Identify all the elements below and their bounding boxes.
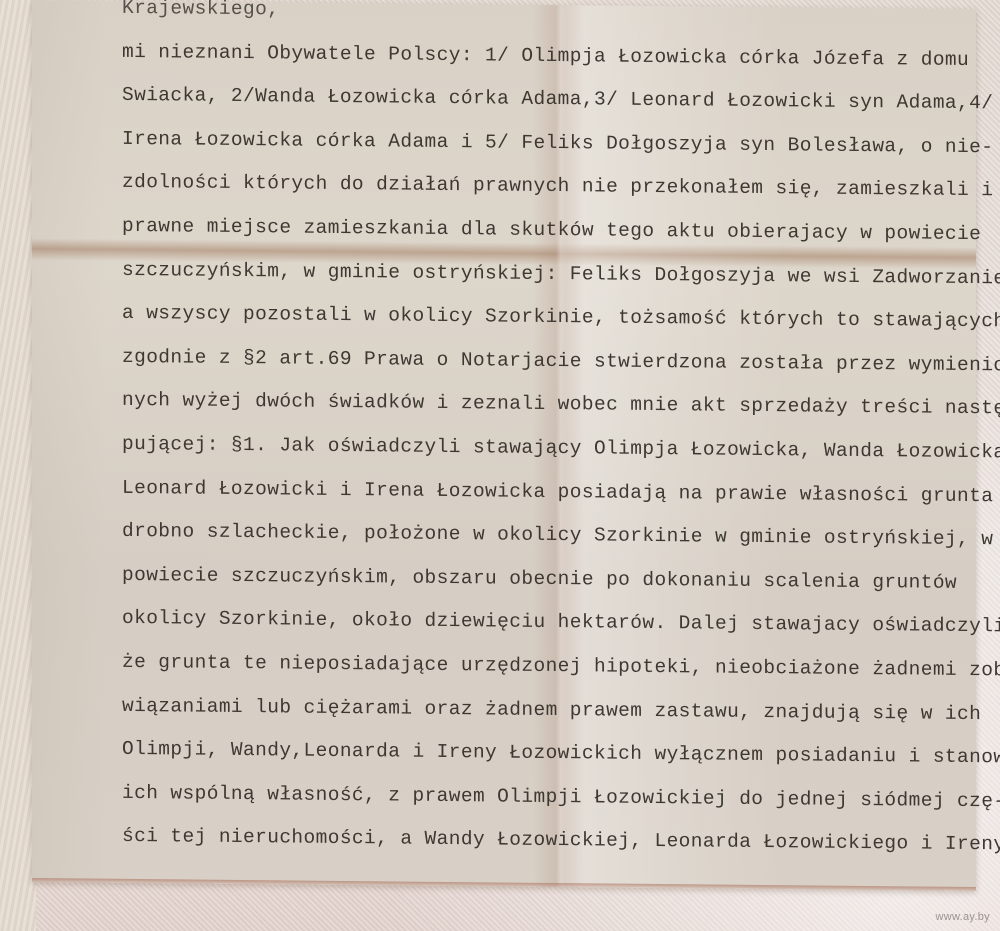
text-line: prawne miejsce zamieszkania dla skutków …: [122, 205, 962, 257]
text-line: a wszyscy pozostali w okolicy Szorkinie,…: [122, 292, 962, 344]
text-line: pującej: §1. Jak oświadczyli stawający O…: [122, 423, 962, 475]
text-line: ści tej nieruchomości, a Wandy Łozowicki…: [122, 815, 962, 867]
text-line: że grunta te nieposiadające urzędzonej h…: [122, 641, 962, 693]
site-watermark: www.ay.by: [936, 911, 990, 923]
text-line: drobno szlacheckie, położone w okolicy S…: [122, 510, 962, 562]
typewritten-text: Krajewskiego, mi nieznani Obywatele Pols…: [122, 0, 962, 867]
text-line: Swiacka, 2/Wanda Łozowicka córka Adama,3…: [122, 74, 962, 126]
document-paper: Krajewskiego, mi nieznani Obywatele Pols…: [32, 0, 976, 891]
tablecloth-background: [0, 0, 36, 931]
text-line: Olimpji, Wandy,Leonarda i Ireny Łozowick…: [122, 728, 962, 780]
